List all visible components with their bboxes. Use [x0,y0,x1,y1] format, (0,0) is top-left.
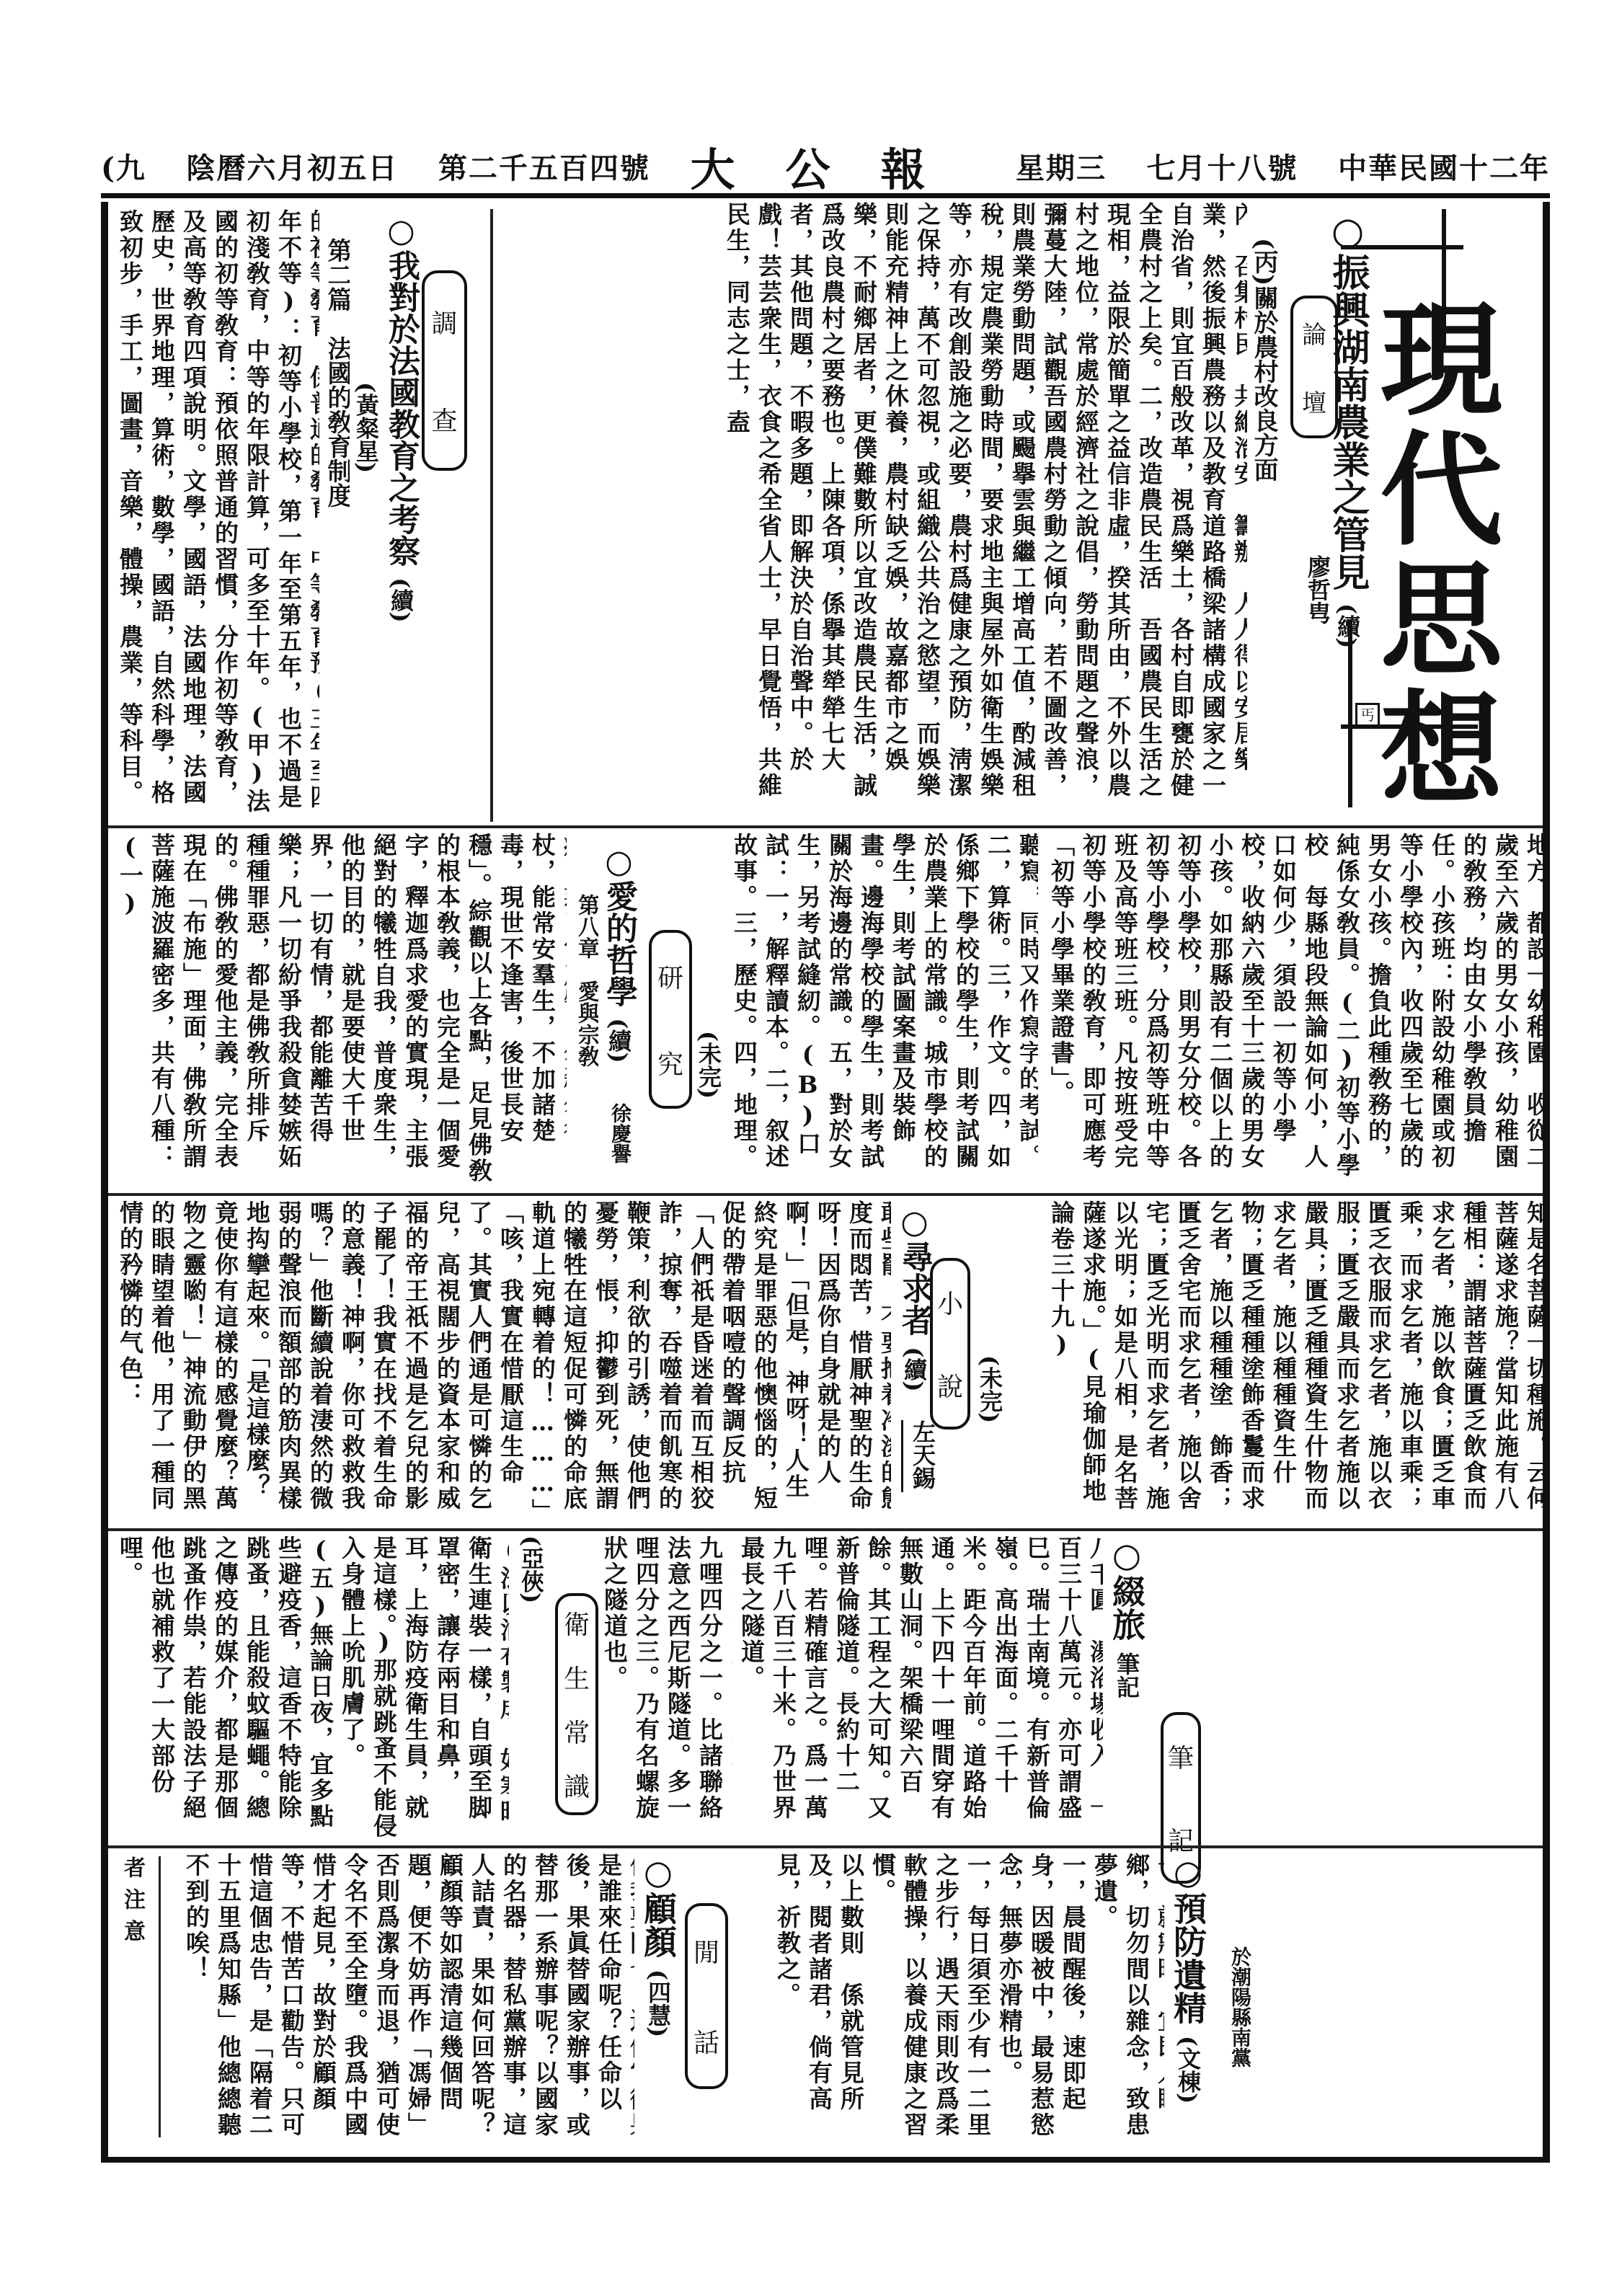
weisheng-title-col: ○小範圍防疫的要則 (亞俠) [512,1535,555,1845]
article-title: ○我對於法國教育之考察 [383,213,420,567]
label-char: 衛 [564,1605,590,1641]
header-issue: 第二千五百四號 [438,146,650,187]
article-body: 農本主義之國家，必須圖農村之健實發達，蓋農村非僅爲農產物之供給地，其於政治上社會… [721,202,1247,822]
aide-chapter-col: 第八章 愛與宗敎 [570,894,598,1081]
article-title: ○綴旅 [1107,1535,1146,1641]
label-char: 生 [564,1659,590,1696]
article-author: (亞俠) [518,1535,545,1603]
article-body-diaocha: 在未分述法國的各種敎育以前，對於他那初中兩等敎育，有極應注意的地方，我當預先說明… [114,209,319,822]
article-title: ○顧顏 [639,1853,678,1958]
masthead-title: 現代思想 [1370,296,1492,815]
seal-mark: 丐 [1355,703,1380,727]
article-body-aide: 彌勒說：「謂諸菩薩於其無上正等覺乘勤修學時，應知有五甚希奇法：何等爲五？一者於諸… [114,833,567,1189]
label-char: 筆 [1168,1738,1194,1775]
article-title: ○預防遺精 [1169,1853,1207,2024]
article-body-bushi: 是性施，(二)一切施，(三)難行施，(四)一切門施，(五)善士施，(六一切種施，… [1045,1200,1543,1525]
column-divider [490,209,493,822]
label-char: 閒 [693,1933,719,1969]
yufang-list: 一，手淫爲遺精之最重病源，欲預防遺精，首宜力戒。 一，戒閱猥褻之小說，須時時參觀… [771,1853,1164,2155]
article-location: 於潮陽縣南黨 [1226,1946,1254,2091]
article-body-xianhua: 顧維鈞，顏惠慶等，那班外交派，在歐洲和會及華府會議，都是有聲名的。這兩年回國以來… [180,1853,634,2155]
article-body-yanjiu: 此初等小學畢業證書，爲法國各學齡兒童，已受强迫敎育的一種不可少的表證；並爲升入高… [728,833,1038,1189]
header-republic-year: 中華民國十二年 [1338,146,1550,187]
article-body-weisheng: 這編是昨天看報，曉得汕頭方面，有中國紅十字會，出來組織防疫醫院。感觸而作的！ 我… [114,1535,509,1845]
footer-note: 後幅有「雜俎」欄閱者注意 [115,1856,155,2152]
continued-mark: (續) [900,1347,928,1391]
article-subheading-block: (丙)關於農村改良方面 [1247,238,1290,642]
article-body: 工商業的各種實習，除上列科目外，對於男生，另授兵式操，對於女生，另授裁縫。實施初… [1045,833,1543,1189]
section-label-xianhua: 閒 話 [685,1903,728,2089]
end-mark: (未完) [692,1031,725,1103]
page-bottom-rule [101,2157,1550,2163]
yufang-title-col: ○預防遺精 (文棟) [1168,1853,1218,2155]
label-char: 小 [937,1284,963,1321]
header-date: 七月十八號 [1146,146,1298,187]
diaocha-author-col: (黃粲星) [350,382,378,555]
xiaoshuo-tail-right [1153,1532,1543,1820]
section-label-yanjiu: 研 究 [649,930,692,1109]
masthead-box: 現代思想 丐 [1341,209,1535,829]
band-divider-3 [108,1528,1543,1531]
label-char: 常 [564,1713,590,1750]
weisheng-prev-tail: 草庵及旅館等。聖哥爾隧道始於一八七二年。成於一八八〇年。經費二千二百七十萬元。隧… [598,1535,732,1845]
page-header: 中華民國十二年 七月十八號 星期三 大公報 第二千五百四號 陰曆六月初五日 (九 [101,144,1550,187]
article-author: 廖哲㽕 [1301,555,1334,642]
article-body: 草庵及旅館等。聖哥爾隧道始於一八七二年。成於一八八〇年。經費二千二百七十萬元。隧… [598,1535,732,1845]
label-char: 說 [937,1367,963,1404]
article-subheading: (丙)關於農村改良方面 [1247,238,1280,482]
biji-title-col: ○綴旅 筆記 [1107,1535,1150,1845]
article-body: 於是他抱着失望的神气輕輕地走了。他走到一個皇宮裏，進了金碧耀煌的廳堂，繞過寶石的… [114,1200,891,1525]
label-char: 研 [657,958,683,995]
newspaper-page: 中華民國十二年 七月十八號 星期三 大公報 第二千五百四號 陰曆六月初五日 (九… [101,130,1550,2177]
footer-note-col: 後幅有「雜俎」欄閱者注意 [115,1856,155,2152]
band-divider-4 [108,1845,1543,1848]
band-divider-2 [108,1193,1543,1196]
section-label-weisheng: 衛 生 常 識 [555,1593,598,1815]
article-author: (文棟) [1174,2036,1202,2104]
label-char: 話 [693,2023,719,2060]
article-body: 此初等小學畢業證書，爲法國各學齡兒童，已受强迫敎育的一種不可少的表證；並爲升入高… [728,833,1038,1189]
article-author: 徐慶譽 [606,1103,634,1182]
footer-note-rule [159,1856,161,2137]
label-char: 識 [564,1767,590,1804]
diaocha-chapter-col: 第二篇 法國的敎育制度 [321,238,350,642]
article-title: ○愛的哲學 [601,843,637,1007]
article-body: 去柏林約十八哩有地曰波斯姐者。爲世世帝王之住所地有河湖。風光美麗。稱莫愁城。維廉… [735,1535,1103,1845]
page-border-left [101,202,108,2163]
closing-note: 以上數則 係就管見所及，閱者諸君，倘有高見，祈教之。 [771,1853,867,2155]
article-chapter: 第八章 愛與宗敎 [570,894,598,1067]
article-title: ○小範圍防疫的要則 [553,1535,555,1813]
article-body: 彌勒說：「謂諸菩薩於其無上正等覺乘勤修學時，應知有五甚希奇法：何等爲五？一者於諸… [114,833,567,1189]
header-rule [101,193,1550,198]
list-item: 一，就寢時，宜即入睡鄉，切勿間以雜念，致患夢遺。 [1089,1853,1164,2155]
article-title: ○尋求者 [896,1204,933,1336]
page-border-right [1543,202,1550,2163]
article-body-luntan: 農本主義之國家，必須圖農村之健實發達，蓋農村非僅爲農產物之供給地，其於政治上社會… [721,202,1247,822]
list-item: 一，晨間醒後，速即起身，因暖被中，最易惹慾念，無夢亦滑精也。 [993,1853,1089,2155]
article-body-continued: 工商業的各種實習，除上列科目外，對於男生，另授兵式操，對於女生，另授裁縫。實施初… [1045,833,1543,1189]
band-divider-1 [108,825,1543,828]
continued-mark: (續) [1334,603,1361,648]
article-body: 在未分述法國的各種敎育以前，對於他那初中兩等敎育，有極應注意的地方，我當預先說明… [114,209,319,822]
article-body-biji: 去柏林約十八哩有地曰波斯姐者。爲世世帝王之住所地有河湖。風光美麗。稱莫愁城。維廉… [735,1535,1103,1845]
end-mark: (未完) [973,1355,1006,1442]
diaocha-title-col: ○我對於法國教育之考察 (續) [381,213,438,732]
header-page-number: (九 [101,146,146,187]
continued-mark: (續) [387,577,415,622]
header-weekday: 星期三 [1016,146,1107,187]
article-body: 這編是昨天看報，曉得汕頭方面，有中國紅十字會，出來組織防疫醫院。感觸而作的！ 我… [114,1535,509,1845]
article-author: (黃粲星) [350,382,378,473]
continued-mark: (四慧) [644,1969,672,2037]
article-body: 顧維鈞，顏惠慶等，那班外交派，在歐洲和會及華府會議，都是有聲名的。這兩年回國以來… [180,1853,634,2155]
list-item: 一，每日須至少有一二里之步行，遇天雨則改爲柔軟體操，以養成健康之習慣。 [867,1853,993,2155]
article-body-xiaoshuo: 於是他抱着失望的神气輕輕地走了。他走到一個皇宮裏，進了金碧耀煌的廳堂，繞過寶石的… [114,1200,891,1525]
article-body-yufang: 一，手淫爲遺精之最重病源，欲預防遺精，首宜力戒。 一，戒閱猥褻之小說，須時時參觀… [771,1853,1164,2155]
article-body: 是性施，(二)一切施，(三)難行施，(四)一切門施，(五)善士施，(六一切種施，… [1045,1200,1543,1525]
xianhua-title-col: ○顧顏 (四慧) [638,1853,681,2155]
title-suffix: 筆記 [1113,1652,1140,1698]
weisheng-tail [1262,1853,1543,2155]
continued-mark: (續) [605,1018,632,1063]
paper-name: 大公報 [690,134,975,198]
header-lunar-date: 陰曆六月初五日 [186,146,398,187]
article-author: 左天錫 [901,1420,939,1492]
article-chapter: 第二篇 法國的敎育制度 [321,238,350,507]
label-char: 究 [657,1045,683,1081]
